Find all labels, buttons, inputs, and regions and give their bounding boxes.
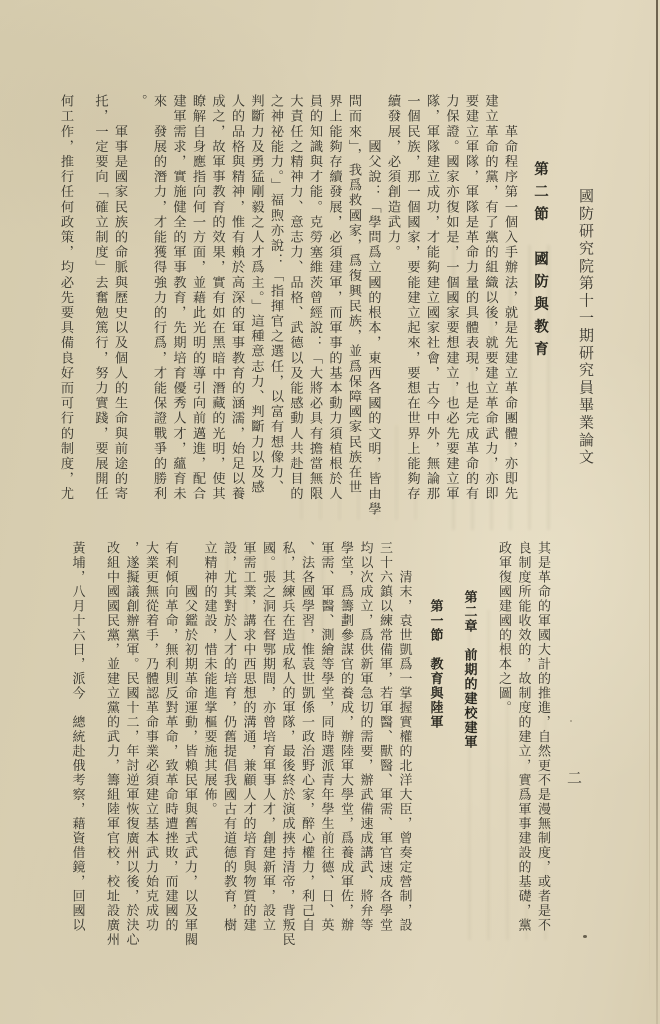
page-number: 二 bbox=[564, 770, 585, 785]
text-column: 三十六鎮以練常備軍，若軍醫、獸醫、軍需、軍官速成各學堂 bbox=[375, 541, 395, 955]
chapter-title: 第二章 前期的建校建軍 bbox=[456, 541, 483, 1004]
book-edge-shadow bbox=[656, 0, 658, 1024]
text-column: 軍需工業，講求中西思想的溝通，兼顧人才的培育與物質的建 bbox=[238, 541, 258, 955]
text-column: 之神祕能力。」福煦亦說：「指揮官之選任，以富有想像力、 bbox=[266, 94, 286, 528]
text-column: 大業更無從着手，乃體認革命事業必須建立基本武力始克成功 bbox=[141, 541, 161, 955]
text-column: 私，其練兵在造成私人的軍隊，最後終於演成挾持清帝，背叛民 bbox=[277, 541, 297, 955]
text-column: 一個民族，那一個國家，要能建立起來，要想在世界上能夠存 bbox=[402, 94, 422, 528]
text-column: 建軍需求，實施健全的軍事教育，先期培育優秀人才，蘊育未 bbox=[168, 94, 188, 528]
text-column: 力保證。國家亦復如是，一個國家要想建立，也必先要建立軍 bbox=[441, 94, 461, 528]
text-column: 其是革命的軍國大計的推進，自然更不是漫無制度，或者是不 bbox=[533, 541, 553, 955]
text-column: 判斷力及勇猛剛毅之人才爲主。」這種意志力、判斷力以及感 bbox=[246, 94, 266, 528]
text-column: 軍需、軍醫、測繪等學堂，同時選派青年學生前往德、日、英 bbox=[316, 541, 336, 955]
text-column: 界上能夠存續發展，必須建軍，而軍事的基本動力須植根於人 bbox=[324, 94, 344, 528]
text-column: 革命程序第一個入手辦法，就是先建立革命團體，亦即先 bbox=[500, 94, 520, 528]
section-title: 第一節 教育與陸軍 bbox=[424, 541, 447, 1013]
text-column: 學堂，爲籌劃參謀官的養成，辦陸軍大學堂，爲養成軍佐，辦 bbox=[336, 541, 356, 955]
text-column: 政軍復國建國的根本之圖。 bbox=[494, 541, 514, 955]
text-column: 黃埔，八月十六日，派今 總統赴俄考察，藉資借鏡，回國以 bbox=[67, 541, 87, 955]
text-column: 。 bbox=[129, 94, 149, 528]
scanned-document-page: 國防研究院第十一期研究員畢業論文 二 第二節 國防與教育 革命程序第一個入手辦法… bbox=[0, 0, 660, 1024]
section-title: 第二節 國防與教育 bbox=[529, 94, 552, 595]
text-column: 問而來」，我爲救國家，爲復興民族，並爲保障國家民族在世 bbox=[344, 94, 364, 528]
text-column: 有利傾向革命，無利則反對革命，致革命時遭挫敗，而建國的 bbox=[160, 541, 180, 955]
text-column: 改組中國國民黨，並建立黨的武力，籌組陸軍官校，校址設廣州 bbox=[102, 541, 122, 955]
text-column: 托，一定要向「確立制度」去奮勉篤行，努力實踐，要展開任 bbox=[90, 94, 110, 528]
text-column: 人的品格與精神，惟有賴於高深的軍事教育的涵濡，始足以養 bbox=[227, 94, 247, 528]
text-column: 設，尤其對於人才的培育，仍舊提倡我國古有道德的教育，樹 bbox=[219, 541, 239, 955]
text-column: 國父鑑於初期革命運動，皆賴民軍與舊式武力，以及軍閥 bbox=[180, 541, 200, 955]
margin-header: 國防研究院第十一期研究員畢業論文 bbox=[575, 188, 597, 466]
chapter-qianqi-jianxiao-jianjun: 其是革命的軍國大計的推進，自然更不是漫無制度，或者是不 良制度所能收效的，故制度… bbox=[67, 541, 552, 955]
text-column: 大責任之精神力、意志力、品格、武德以及能感動人共赴目的 bbox=[285, 94, 305, 528]
scan-speck bbox=[583, 935, 587, 938]
text-column: 軍事是國家民族的命脈與歷史以及個人的生命與前途的寄 bbox=[110, 94, 130, 528]
text-column: 隊，軍隊建立成功，才能夠建立國家社會，古今中外，無論那 bbox=[422, 94, 442, 528]
page-crease bbox=[649, 0, 650, 1024]
text-column: 均以次成立，爲供新軍急切的需要，辦武備速成講武、將弁等 bbox=[355, 541, 375, 955]
text-column: 來 發展的潛力，才能獲得強力的行爲，才能保證戰爭的勝利 bbox=[149, 94, 169, 528]
scan-speck bbox=[570, 720, 572, 722]
text-column: 清末，袁世凱爲一掌握實權的北洋大臣，曾奏定營制，設 bbox=[394, 541, 414, 955]
text-column: 立精神的建設，惜未能進掌樞要施其展佈。 bbox=[199, 541, 219, 955]
text-column: ，遂擬議創辦黨軍。民國十二，年討逆軍恢復廣州以後，於決心 bbox=[121, 541, 141, 955]
text-column: 成之，故軍事教育的效果，實有如在黑暗中潛藏的光明，使其 bbox=[207, 94, 227, 528]
text-column: 國父說：「學問爲立國的根本，東西各國的文明，皆由學 bbox=[363, 94, 383, 528]
section-guofang-yu-jiaoyu: 第二節 國防與教育 革命程序第一個入手辦法，就是先建立革命團體，亦即先 建立革命… bbox=[56, 94, 553, 528]
text-column: 良制度所能收效的，故制度的建立，實爲軍事建設的基礎，黨 bbox=[513, 541, 533, 955]
text-column: 瞭解自身應指向何一方面，並藉此光明的導引向前邁進，配合 bbox=[188, 94, 208, 528]
text-column: 國。張之洞在督鄂期間，亦曾培育軍事人才，創建新軍，設立 bbox=[258, 541, 278, 955]
text-column: 、法各國學習，惟袁世凱係一政治野心家，醉心權力，利己自 bbox=[297, 541, 317, 955]
text-column: 員的知識與才能。克勞塞維茨曾經說：「大將必具有擔當無限 bbox=[305, 94, 325, 528]
text-column: 要建立軍隊，軍隊是革命力量的具體表現，也是完成革命的有 bbox=[461, 94, 481, 528]
text-column: 續發展，必須創造武力。 bbox=[383, 94, 403, 528]
text-column: 建立革命的黨，有了黨的組織以後，就要建立革命武力，亦即 bbox=[480, 94, 500, 528]
text-column: 何工作，推行任何政策，均必先要具備良好而可行的制度，尤 bbox=[56, 94, 76, 528]
